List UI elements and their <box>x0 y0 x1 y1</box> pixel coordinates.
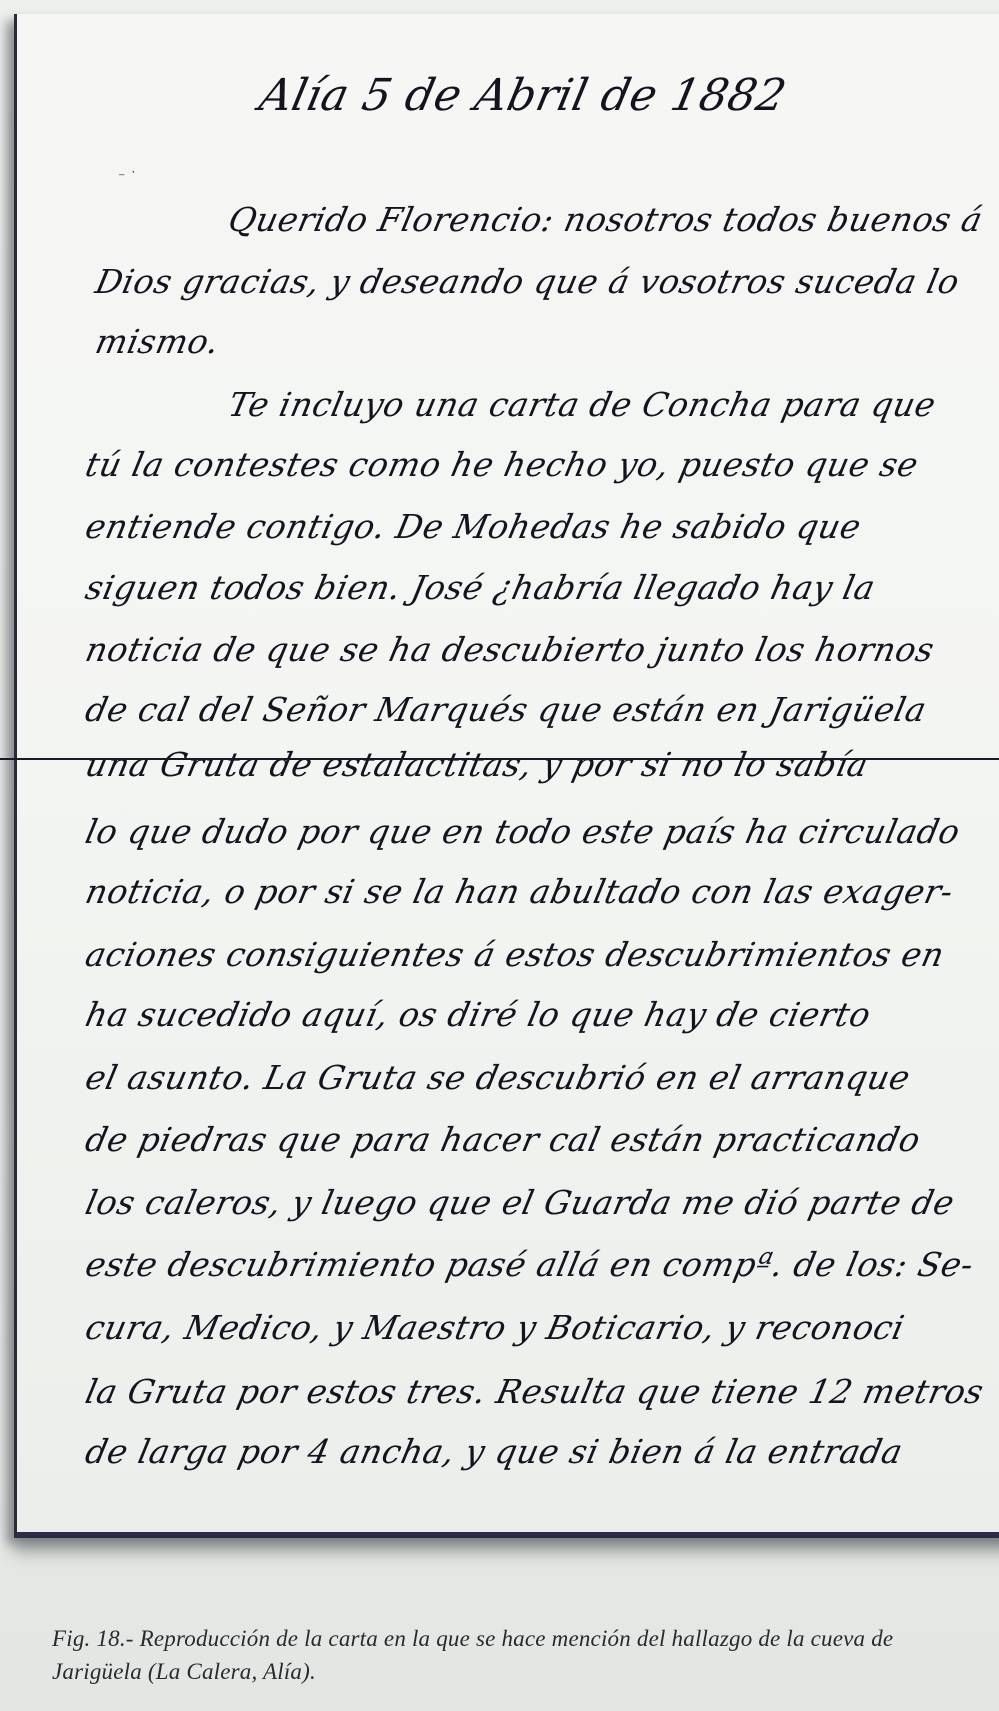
letter-line-3: mismo. <box>92 322 223 361</box>
letter-line-1: Querido Florencio: nosotros todos buenos… <box>225 200 986 239</box>
letter-line-20: la Gruta por estos tres. Resulta que tie… <box>82 1372 987 1411</box>
figure-caption: Fig. 18.- Reproducción de la carta en la… <box>52 1622 952 1688</box>
letter-line-21: de larga por 4 ancha, y que si bien á la… <box>82 1432 906 1471</box>
letter-line-7: siguen todos bien. José ¿habría llegado … <box>82 568 879 607</box>
letter-line-12: noticia, o por si se la han abultado con… <box>82 872 957 911</box>
letter-line-13: aciones consiguientes á estos descubrimi… <box>82 935 948 974</box>
letter-line-18: este descubrimiento pasé allá en compª. … <box>82 1245 977 1284</box>
letter-line-2: Dios gracias, y deseando que á vosotros … <box>92 262 963 301</box>
letter-line-19: cura, Medico, y Maestro y Boticario, y r… <box>82 1308 908 1347</box>
letter-line-15: el asunto. La Gruta se descubrió en el a… <box>82 1058 914 1097</box>
letter-line-6: entiende contigo. De Mohedas he sabido q… <box>82 507 865 546</box>
letter-line-8: noticia de que se ha descubierto junto l… <box>82 630 938 669</box>
margin-mark: ⁻ ˙ <box>118 170 137 186</box>
letter-line-4: Te incluyo una carta de Concha para que <box>225 385 939 424</box>
letter-date-line: Alía 5 de Abril de 1882 <box>255 70 791 121</box>
letter-line-16: de piedras que para hacer cal están prac… <box>82 1120 924 1159</box>
letter-line-10: una Gruta de estalactitas, y por si no l… <box>82 745 872 784</box>
letter-line-11: lo que dudo por que en todo este país ha… <box>82 812 964 851</box>
letter-line-14: ha sucedido aquí, os diré lo que hay de … <box>82 995 874 1034</box>
fold-line <box>0 758 999 760</box>
letter-line-5: tú la contestes como he hecho yo, puesto… <box>82 445 922 484</box>
letter-line-9: de cal del Señor Marqués que están en Ja… <box>82 690 930 729</box>
letter-line-17: los caleros, y luego que el Guarda me di… <box>82 1183 958 1222</box>
